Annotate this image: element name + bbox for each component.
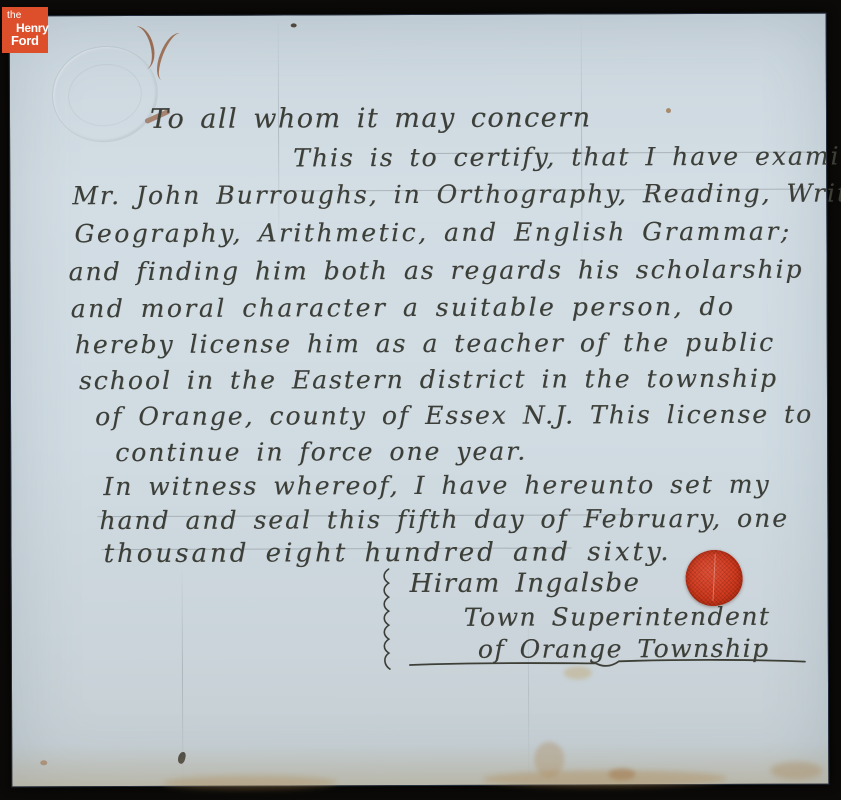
stain [608, 768, 635, 780]
handwritten-line: hand and seal this fifth day of February… [99, 506, 789, 533]
handwritten-line: and finding him both as regards his scho… [69, 257, 804, 285]
stain [151, 30, 190, 85]
handwritten-line: In witness whereof, I have hereunto set … [103, 472, 770, 499]
handwritten-line: of Orange, county of Essex N.J. This lic… [95, 402, 813, 430]
signature-title: Town Superintendent [464, 604, 771, 630]
stain [534, 741, 564, 777]
handwritten-line: thousand eight hundred and sixty. [103, 539, 671, 567]
signature-underline [408, 657, 808, 670]
photo-background: To all whom it may concern This is to ce… [0, 0, 841, 800]
stain [291, 23, 297, 27]
fold-crease [182, 561, 184, 788]
stain [770, 762, 822, 780]
stain [666, 108, 671, 113]
red-wax-seal [686, 550, 743, 606]
handwritten-line: Mr. John Burroughs, in Orthography, Read… [72, 180, 841, 208]
stain [482, 770, 727, 788]
handwritten-line: continue in force one year. [115, 439, 527, 465]
stain [162, 775, 337, 790]
handwritten-line: hereby license him as a teacher of the p… [75, 330, 775, 357]
handwritten-line: school in the Eastern district in the to… [79, 366, 778, 393]
logo-word-the: the [7, 10, 22, 21]
handwritten-line: This is to certify, that I have examined [293, 143, 841, 170]
henry-ford-logo: the Henry Ford [2, 7, 48, 53]
ink-mark [177, 751, 186, 764]
document-paper: To all whom it may concern This is to ce… [9, 13, 830, 788]
handwritten-line: and moral character a suitable person, d… [71, 294, 736, 321]
handwritten-line: Geography, Arithmetic, and English Gramm… [74, 219, 791, 247]
signature-name: Hiram Ingalsbe [410, 570, 641, 597]
logo-word-ford: Ford [11, 33, 39, 48]
stain [40, 760, 47, 765]
handwritten-line: To all whom it may concern [150, 104, 592, 133]
flourish-bracket [378, 567, 392, 671]
